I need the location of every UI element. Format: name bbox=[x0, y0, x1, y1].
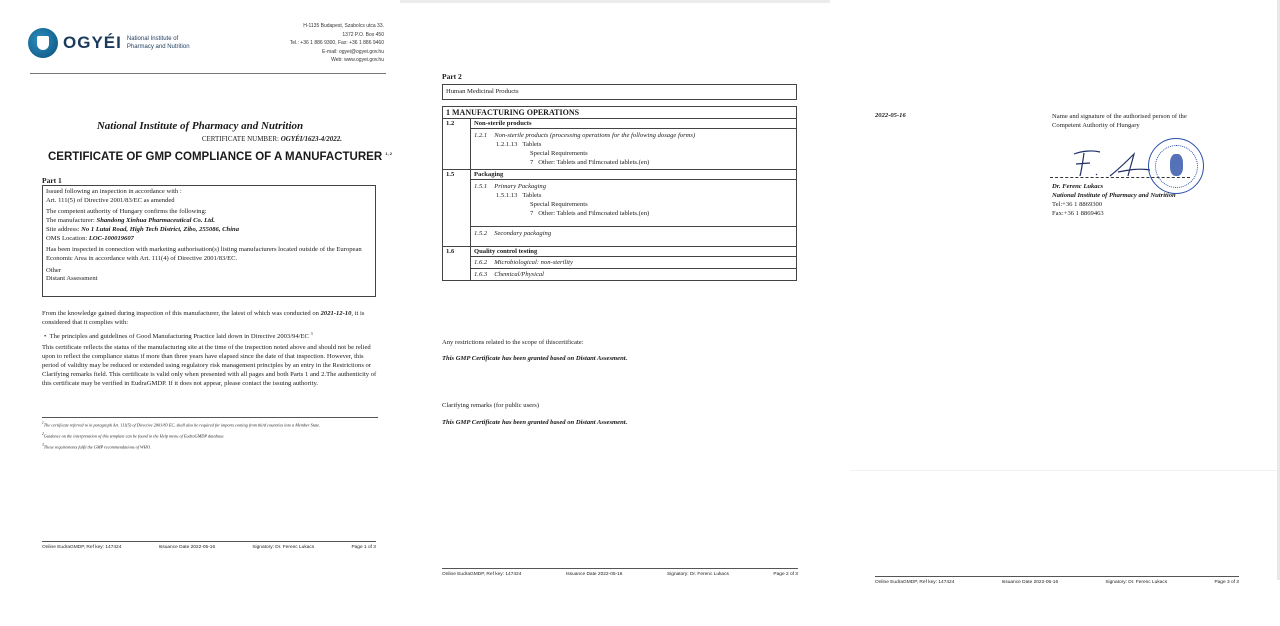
subsection: 1.5.1Primary Packaging 1.5.1.13Tablets S… bbox=[471, 180, 796, 226]
institution-title: National Institute of Pharmacy and Nutri… bbox=[0, 120, 400, 132]
signer-organization: National Institute of Pharmacy and Nutri… bbox=[1052, 191, 1176, 200]
page-footer: Online EudraGMDP, Ref key: 147424 Issuan… bbox=[42, 541, 376, 550]
product-type-box: Human Medicinal Products bbox=[442, 84, 797, 100]
manufacturer-name: Shandong Xinhua Pharmaceutical Co. Ltd. bbox=[97, 217, 215, 224]
footnote-2: 2Guidance on the interpretation of this … bbox=[42, 431, 378, 440]
oms-location: LOC-100019607 bbox=[89, 235, 134, 242]
logo-wordmark: OGYÉI bbox=[63, 33, 122, 53]
signer-block: Dr. Ferenc Lukacs National Institute of … bbox=[1052, 182, 1176, 218]
footnote-divider bbox=[42, 417, 378, 418]
validity-statement: This certificate reflects the status of … bbox=[42, 343, 382, 388]
restrictions-label: Any restrictions related to the scope of… bbox=[442, 339, 584, 346]
logo-subtitle: National Institute of Pharmacy and Nutri… bbox=[127, 35, 190, 51]
operations-header: 1 MANUFACTURING OPERATIONS bbox=[443, 107, 796, 119]
ogyei-logo: OGYÉI National Institute of Pharmacy and… bbox=[28, 28, 190, 58]
part-1-label: Part 1 bbox=[42, 176, 62, 185]
authorised-person-label: Name and signature of the authorised per… bbox=[1052, 112, 1242, 130]
manufacturing-operations-table: 1 MANUFACTURING OPERATIONS 1.2 Non-steri… bbox=[442, 106, 797, 281]
subsection: 1.2.1Non-sterile products (processing op… bbox=[471, 129, 796, 169]
section-row: 1.5 Packaging 1.5.1Primary Packaging 1.5… bbox=[443, 170, 796, 247]
footnote-1: 1The certificate referred to in paragrap… bbox=[42, 420, 378, 429]
clarifying-value: This GMP Certificate has been granted ba… bbox=[442, 419, 627, 426]
certificate-page-3: 2022-05-16 Name and signature of the aut… bbox=[830, 0, 1280, 626]
header-divider bbox=[30, 73, 386, 74]
section-row: 1.2 Non-sterile products 1.2.1Non-steril… bbox=[443, 119, 796, 170]
certificate-title: CERTIFICATE OF GMP COMPLIANCE OF A MANUF… bbox=[48, 151, 392, 163]
scan-artifact-line bbox=[850, 470, 1280, 471]
shield-logo-icon bbox=[28, 28, 58, 58]
signer-tel: Tel:+36 1 8869300 bbox=[1052, 200, 1176, 209]
part-2-label: Part 2 bbox=[442, 72, 462, 81]
signer-fax: Fax:+36 1 8869463 bbox=[1052, 209, 1176, 218]
section-row: 1.6 Quality control testing 1.6.2Microbi… bbox=[443, 247, 796, 280]
certificate-page-1: OGYÉI National Institute of Pharmacy and… bbox=[0, 0, 400, 626]
inspection-scope: Has been inspected in connection with ma… bbox=[46, 246, 372, 263]
clarifying-label: Clarifying remarks (for public users) bbox=[442, 402, 539, 409]
certificate-page-2: Part 2 Human Medicinal Products 1 MANUFA… bbox=[400, 0, 830, 626]
subsection: 1.6.3Chemical/Physical bbox=[471, 269, 796, 280]
inspection-date: 2021-12-10 bbox=[321, 310, 352, 317]
signer-name: Dr. Ferenc Lukacs bbox=[1052, 182, 1176, 191]
certificate-number: CERTIFICATE NUMBER: OGYÉI/1623-4/2022. bbox=[202, 135, 342, 143]
page-footer: Online EudraGMDP, Ref key: 147424 Issuan… bbox=[442, 568, 798, 577]
part-1-box: Issued following an inspection in accord… bbox=[42, 185, 376, 297]
restrictions-value: This GMP Certificate has been granted ba… bbox=[442, 355, 627, 362]
signature-date: 2022-05-16 bbox=[875, 112, 906, 119]
subsection: 1.6.2Microbiological: non-sterility bbox=[471, 257, 796, 269]
institute-address: H-1135 Budapest, Szabolcs utca 33. 1372 … bbox=[290, 22, 384, 65]
site-address: No 1 Lutai Road, High Tech District, Zib… bbox=[81, 226, 239, 233]
subsection: 1.5.2Secondary packaging bbox=[471, 226, 796, 246]
footnote-3: 3These requirements fulfil the GMP recom… bbox=[42, 442, 378, 451]
page-footer: Online EudraGMDP, Ref key: 147424 Issuan… bbox=[875, 576, 1239, 585]
compliance-statement: From the knowledge gained during inspect… bbox=[42, 309, 382, 390]
footnotes: 1The certificate referred to in paragrap… bbox=[42, 420, 378, 454]
